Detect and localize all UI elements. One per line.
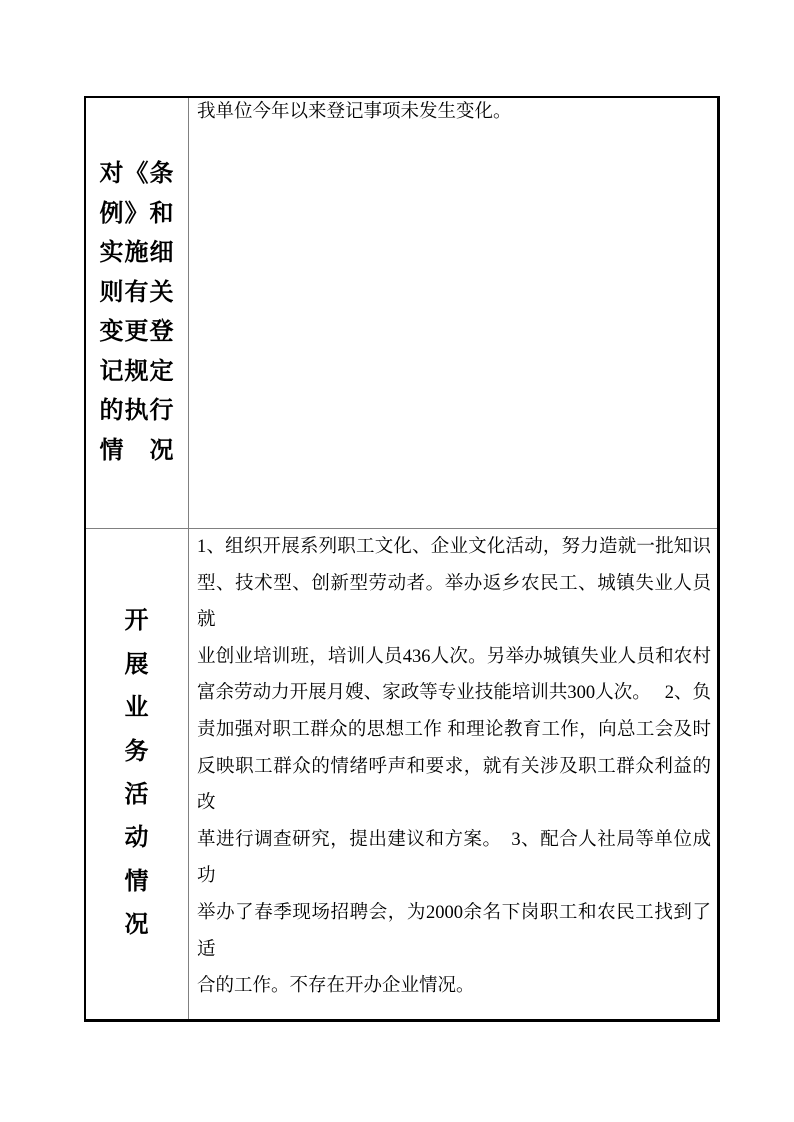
label-line: 情 (125, 861, 150, 904)
regulation-compliance-content: 我单位今年以来登记事项未发生变化。 (197, 99, 711, 125)
content-line: 举办了春季现场招聘会，为2000余名下岗职工和农民工找到了适 (197, 895, 711, 968)
label-line: 动 (125, 817, 150, 860)
label-line: 展 (125, 644, 150, 687)
regulation-compliance-label: 对《条例》和实施细则有关变更登记规定的执行情 况 (100, 155, 175, 471)
document-page: 对《条例》和实施细则有关变更登记规定的执行情 况 我单位今年以来登记事项未发生变… (0, 0, 794, 1122)
label-cell-business-activities: 开展业务活动情况 (86, 529, 189, 1019)
label-line: 例》和 (100, 195, 175, 235)
content-line: 型、技术型、创新型劳动者。举办返乡农民工、城镇失业人员就 (197, 566, 711, 639)
label-line: 实施细 (100, 234, 175, 274)
label-line: 活 (125, 774, 150, 817)
label-line: 业 (125, 687, 150, 730)
label-line: 的执行 (100, 392, 175, 432)
label-line: 变更登 (100, 313, 175, 353)
label-line: 开 (125, 600, 150, 643)
content-line: 我单位今年以来登记事项未发生变化。 (197, 99, 711, 125)
content-line: 责加强对职工群众的思想工作 和理论教育工作，向总工会及时 (197, 712, 711, 749)
label-line: 情 况 (100, 432, 175, 472)
label-cell-regulation-compliance: 对《条例》和实施细则有关变更登记规定的执行情 况 (86, 98, 189, 529)
content-line: 业创业培训班，培训人员436人次。另举办城镇失业人员和农村 (197, 639, 711, 676)
label-line: 记规定 (100, 353, 175, 393)
content-line: 1、组织开展系列职工文化、企业文化活动，努力造就一批知识 (197, 529, 711, 566)
label-line: 务 (125, 731, 150, 774)
business-activities-label: 开展业务活动情况 (125, 600, 150, 947)
content-cell-business-activities: 1、组织开展系列职工文化、企业文化活动，努力造就一批知识型、技术型、创新型劳动者… (189, 529, 717, 1019)
content-line: 革进行调查研究，提出建议和方案。 3、配合人社局等单位成功 (197, 822, 711, 895)
content-line: 合的工作。不存在开办企业情况。 (197, 968, 711, 1005)
content-line: 富余劳动力开展月嫂、家政等专业技能培训共300人次。 2、负 (197, 675, 711, 712)
label-line: 况 (125, 904, 150, 947)
label-line: 对《条 (100, 155, 175, 195)
content-line: 反映职工群众的情绪呼声和要求，就有关涉及职工群众利益的改 (197, 749, 711, 822)
business-activities-content: 1、组织开展系列职工文化、企业文化活动，努力造就一批知识型、技术型、创新型劳动者… (197, 529, 711, 1005)
annual-report-form-table: 对《条例》和实施细则有关变更登记规定的执行情 况 我单位今年以来登记事项未发生变… (84, 96, 720, 1022)
label-line: 则有关 (100, 274, 175, 314)
content-cell-regulation-compliance: 我单位今年以来登记事项未发生变化。 (189, 98, 717, 529)
